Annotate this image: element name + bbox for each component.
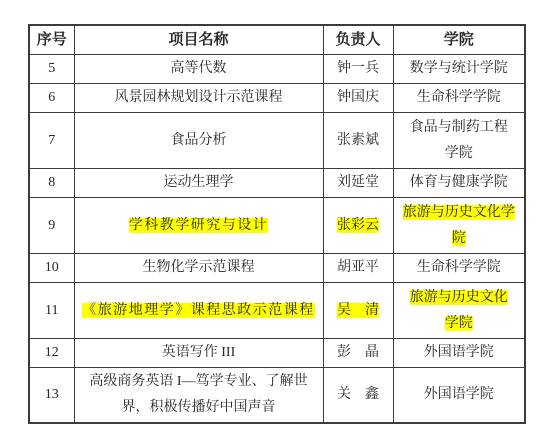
cell-leader-name: 彭 晶 — [323, 339, 393, 368]
cell-row-number: 8 — [29, 169, 74, 198]
cell-leader-name-text: 彭 晶 — [337, 345, 379, 360]
cell-row-number: 11 — [29, 283, 74, 339]
table-row: 12英语写作 III彭 晶外国语学院 — [29, 339, 525, 368]
cell-project-name-text: 《旅游地理学》课程思政示范课程 — [82, 303, 315, 318]
cell-project-name-text: 学科教学研究与设计 — [129, 218, 269, 233]
cell-leader-name-text: 刘延堂 — [337, 175, 379, 190]
cell-row-number: 10 — [29, 254, 74, 283]
cell-project-name-text: 高等代数 — [171, 61, 227, 76]
header-row: 序号 项目名称 负责人 学院 — [29, 25, 525, 55]
projects-table: 序号 项目名称 负责人 学院 5高等代数钟一兵数学与统计学院6风景园林规划设计示… — [28, 24, 526, 424]
table-body: 5高等代数钟一兵数学与统计学院6风景园林规划设计示范课程钟国庆生命科学学院7食品… — [29, 55, 525, 424]
cell-row-number: 6 — [29, 84, 74, 113]
cell-project-name: 英语写作 III — [74, 339, 323, 368]
cell-college-name: 生命科学学院 — [393, 254, 525, 283]
table-row: 11《旅游地理学》课程思政示范课程吴 清旅游与历史文化 学院 — [29, 283, 525, 339]
document-page: 序号 项目名称 负责人 学院 5高等代数钟一兵数学与统计学院6风景园林规划设计示… — [0, 0, 554, 441]
cell-leader-name: 张素斌 — [323, 113, 393, 169]
table-row: 9学科教学研究与设计张彩云旅游与历史文化学 院 — [29, 198, 525, 254]
header-project: 项目名称 — [74, 25, 323, 55]
cell-college-name-text: 体育与健康学院 — [410, 175, 508, 190]
cell-college-name: 食品与制药工程 学院 — [393, 113, 525, 169]
cell-project-name-text: 英语写作 III — [162, 345, 236, 360]
cell-college-name: 生命科学学院 — [393, 84, 525, 113]
cell-project-name: 《旅游地理学》课程思政示范课程 — [74, 283, 323, 339]
cell-college-name-text: 生命科学学院 — [417, 260, 501, 275]
table-row: 7食品分析张素斌食品与制药工程 学院 — [29, 113, 525, 169]
cell-project-name-text: 食品分析 — [171, 133, 227, 148]
cell-row-number: 13 — [29, 368, 74, 424]
cell-project-name: 学科教学研究与设计 — [74, 198, 323, 254]
cell-leader-name-text: 张素斌 — [337, 133, 379, 148]
table-row: 5高等代数钟一兵数学与统计学院 — [29, 55, 525, 84]
cell-project-name: 高级商务英语 I—笃学专业、了解世 界，积极传播好中国声音 — [74, 368, 323, 424]
cell-project-name-text: 风景园林规划设计示范课程 — [115, 90, 283, 105]
cell-college-name-text: 外国语学院 — [424, 345, 494, 360]
cell-project-name-text: 高级商务英语 I—笃学专业、了解世 界，积极传播好中国声音 — [89, 374, 307, 415]
cell-project-name-text: 生物化学示范课程 — [143, 260, 255, 275]
cell-college-name: 旅游与历史文化学 院 — [393, 198, 525, 254]
cell-college-name-text: 生命科学学院 — [417, 90, 501, 105]
cell-leader-name: 钟国庆 — [323, 84, 393, 113]
table-row: 13高级商务英语 I—笃学专业、了解世 界，积极传播好中国声音关 鑫外国语学院 — [29, 368, 525, 424]
cell-college-name: 体育与健康学院 — [393, 169, 525, 198]
cell-leader-name-text: 胡亚平 — [337, 260, 379, 275]
cell-leader-name: 张彩云 — [323, 198, 393, 254]
cell-leader-name-text: 钟国庆 — [337, 90, 379, 105]
cell-project-name: 运动生理学 — [74, 169, 323, 198]
cell-row-number: 7 — [29, 113, 74, 169]
header-college: 学院 — [393, 25, 525, 55]
cell-leader-name: 吴 清 — [323, 283, 393, 339]
cell-project-name: 高等代数 — [74, 55, 323, 84]
cell-leader-name: 刘延堂 — [323, 169, 393, 198]
cell-leader-name-text: 吴 清 — [337, 303, 379, 318]
cell-row-number: 5 — [29, 55, 74, 84]
cell-project-name-text: 运动生理学 — [164, 175, 234, 190]
cell-leader-name: 钟一兵 — [323, 55, 393, 84]
cell-college-name-text: 食品与制药工程 学院 — [410, 120, 508, 161]
cell-college-name-text: 旅游与历史文化 学院 — [410, 290, 508, 331]
table-row: 8运动生理学刘延堂体育与健康学院 — [29, 169, 525, 198]
cell-college-name: 外国语学院 — [393, 339, 525, 368]
cell-college-name: 旅游与历史文化 学院 — [393, 283, 525, 339]
cell-leader-name: 胡亚平 — [323, 254, 393, 283]
cell-college-name-text: 旅游与历史文化学 院 — [403, 205, 515, 246]
table-header: 序号 项目名称 负责人 学院 — [29, 25, 525, 55]
cell-leader-name-text: 钟一兵 — [337, 61, 379, 76]
header-no: 序号 — [29, 25, 74, 55]
cell-project-name: 生物化学示范课程 — [74, 254, 323, 283]
header-leader: 负责人 — [323, 25, 393, 55]
table-row: 10生物化学示范课程胡亚平生命科学学院 — [29, 254, 525, 283]
cell-college-name: 外国语学院 — [393, 368, 525, 424]
cell-row-number: 12 — [29, 339, 74, 368]
cell-leader-name-text: 张彩云 — [337, 218, 379, 233]
cell-college-name: 数学与统计学院 — [393, 55, 525, 84]
cell-college-name-text: 数学与统计学院 — [410, 61, 508, 76]
cell-leader-name: 关 鑫 — [323, 368, 393, 424]
table-row: 6风景园林规划设计示范课程钟国庆生命科学学院 — [29, 84, 525, 113]
cell-row-number: 9 — [29, 198, 74, 254]
cell-project-name: 风景园林规划设计示范课程 — [74, 84, 323, 113]
cell-college-name-text: 外国语学院 — [424, 387, 494, 402]
cell-leader-name-text: 关 鑫 — [337, 387, 379, 402]
cell-project-name: 食品分析 — [74, 113, 323, 169]
